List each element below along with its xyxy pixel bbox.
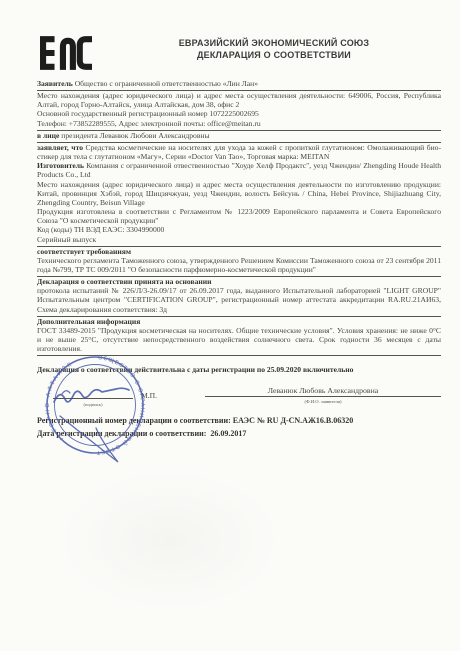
applicant-address: Место нахождения (адрес юридического лиц… <box>37 91 441 109</box>
in-person-label: в лице <box>37 131 59 140</box>
product-section: заявляет, что Средства косметические на … <box>37 143 441 247</box>
document-header: ЕВРАЗИЙСКИЙ ЭКОНОМИЧЕСКИЙ СОЮЗ ДЕКЛАРАЦИ… <box>106 38 442 61</box>
signature-line <box>53 398 133 399</box>
applicant-line: Заявитель Общество с ограниченной ответс… <box>37 79 441 91</box>
serial-release: Серийный выпуск <box>37 235 441 244</box>
registration-number-line: Регистрационный номер декларации о соотв… <box>37 414 441 428</box>
additional-text: ГОСТ 33489-2015 "Продукция косметическая… <box>37 326 441 353</box>
page-title: ДЕКЛАРАЦИЯ О СООТВЕТСТВИИ <box>106 50 442 62</box>
product-description: Средства косметические на носителях для … <box>37 143 441 161</box>
applicant-label: Заявитель <box>37 79 73 88</box>
signatory-name: Леванюк Любовь Александровна <box>205 386 441 397</box>
basis-heading: Декларация о соответствии принята на осн… <box>37 277 441 286</box>
declares-label: заявляет, что <box>37 143 83 152</box>
validity-line: Декларация о соответствии действительна … <box>37 365 441 374</box>
signatory-area: Леванюк Любовь Александровна (Ф.И.О. зая… <box>205 386 441 406</box>
applicant-contacts: Телефон: +73852289555, Адрес электронной… <box>37 119 441 128</box>
registration-number: ЕАЭС № RU Д-CN.АЖ16.В.06320 <box>233 416 353 425</box>
document-body: Заявитель Общество с ограниченной ответс… <box>37 79 441 441</box>
in-person-name: президента Леванюк Любови Александровны <box>61 131 209 140</box>
applicant-details: Место нахождения (адрес юридического лиц… <box>37 91 441 131</box>
registration-block: Регистрационный номер декларации о соотв… <box>37 414 441 441</box>
made-per-regulation: Продукция изготовлена в соответствии с Р… <box>37 207 441 225</box>
basis-section: Декларация о соответствии принята на осн… <box>37 277 441 317</box>
registration-date-label: Дата регистрации декларации о соответств… <box>37 429 206 438</box>
applicant-ogrn: Основной государственный регистрационный… <box>37 109 441 118</box>
applicant-name: Общество с ограниченной ответственностью… <box>75 79 258 88</box>
union-name: ЕВРАЗИЙСКИЙ ЭКОНОМИЧЕСКИЙ СОЮЗ <box>106 38 442 50</box>
stamp-place-label: М.П. <box>141 391 157 400</box>
registration-date: 26.09.2017 <box>210 429 246 438</box>
signature-caption: (подпись) <box>53 400 133 409</box>
manufacturer-address: Место нахождения (адрес юридического лиц… <box>37 180 441 207</box>
scan-noise <box>60 470 280 610</box>
compliance-section: соответствует требованиям Технического р… <box>37 247 441 277</box>
eac-logo-icon <box>40 33 92 73</box>
registration-date-line: Дата регистрации декларации о соответств… <box>37 427 441 441</box>
compliance-heading: соответствует требованиям <box>37 247 441 256</box>
additional-info-section: Дополнительная информация ГОСТ 33489-201… <box>37 317 441 357</box>
registration-number-label: Регистрационный номер декларации о соотв… <box>37 416 231 425</box>
tnved-code: Код (коды) ТН ВЭД ЕАЭС: 3304990000 <box>37 225 441 234</box>
in-person-line: в лице президента Леванюк Любови Алексан… <box>37 131 441 143</box>
manufacturer-label: Изготовитель <box>37 161 84 170</box>
signature-area: (подпись) М.П. <box>37 386 205 408</box>
signatory-caption: (Ф.И.О. заявителя) <box>205 397 441 406</box>
signature-row: (подпись) М.П. Леванюк Любовь Александро… <box>37 386 441 408</box>
basis-text: протокола испытаний № 226/Л/3-26.09/17 о… <box>37 286 441 313</box>
manufacturer-name: Компания с ограниченной отвественностью … <box>37 161 441 179</box>
product-line: заявляет, что Средства косметические на … <box>37 143 441 161</box>
compliance-text: Технического регламента Таможенного союз… <box>37 256 441 274</box>
declaration-document: ЕВРАЗИЙСКИЙ ЭКОНОМИЧЕСКИЙ СОЮЗ ДЕКЛАРАЦИ… <box>0 0 460 651</box>
additional-heading: Дополнительная информация <box>37 317 441 326</box>
manufacturer-line: Изготовитель Компания с ограниченной отв… <box>37 161 441 179</box>
